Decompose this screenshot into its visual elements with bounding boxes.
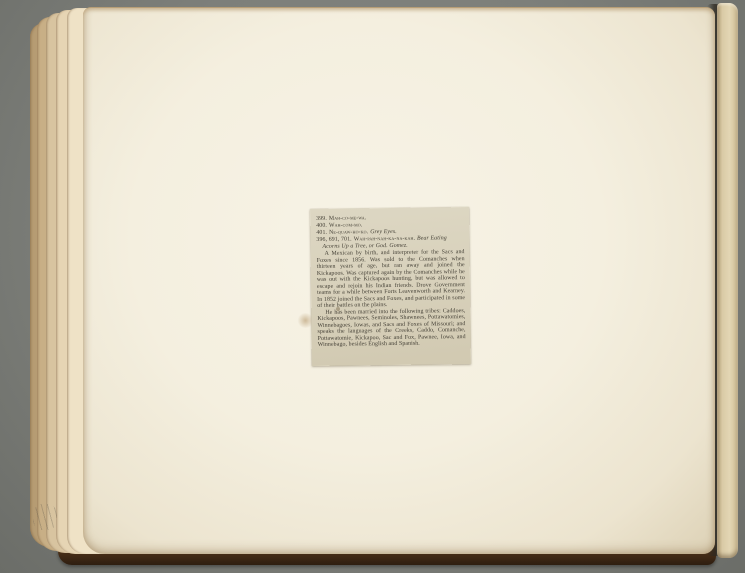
entry-translation: Grey Eyes.: [370, 229, 397, 235]
entry-name: Wah-com-mo.: [329, 222, 362, 228]
entry-name: Wah-pah-nah-ka-na-kah.: [354, 236, 415, 243]
description-paragraph: He has been married into the following t…: [317, 308, 465, 349]
description-paragraph: A Mexican by birth, and interpreter for …: [317, 249, 466, 309]
entry-name: Ne-quaw-ho-ko.: [329, 229, 368, 235]
entry-number: 399.: [316, 216, 327, 222]
pasted-catalog-clipping: 399.Mah-co-me-wa. 400.Wah-com-mo. 401.Ne…: [310, 207, 471, 366]
entry-name: Mah-co-me-wa.: [329, 215, 367, 221]
ink-speck: [336, 307, 340, 311]
entry-number: 400.: [316, 223, 327, 229]
pencil-marks: [33, 504, 57, 530]
catalog-entries: 399.Mah-co-me-wa. 400.Wah-com-mo. 401.Ne…: [316, 214, 464, 251]
album-photograph: 399.Mah-co-me-wa. 400.Wah-com-mo. 401.Ne…: [0, 0, 745, 573]
entry-number: 401.: [316, 230, 327, 236]
entry-number: 396, 691, 701.: [316, 236, 351, 242]
right-page-edges: [717, 3, 738, 558]
